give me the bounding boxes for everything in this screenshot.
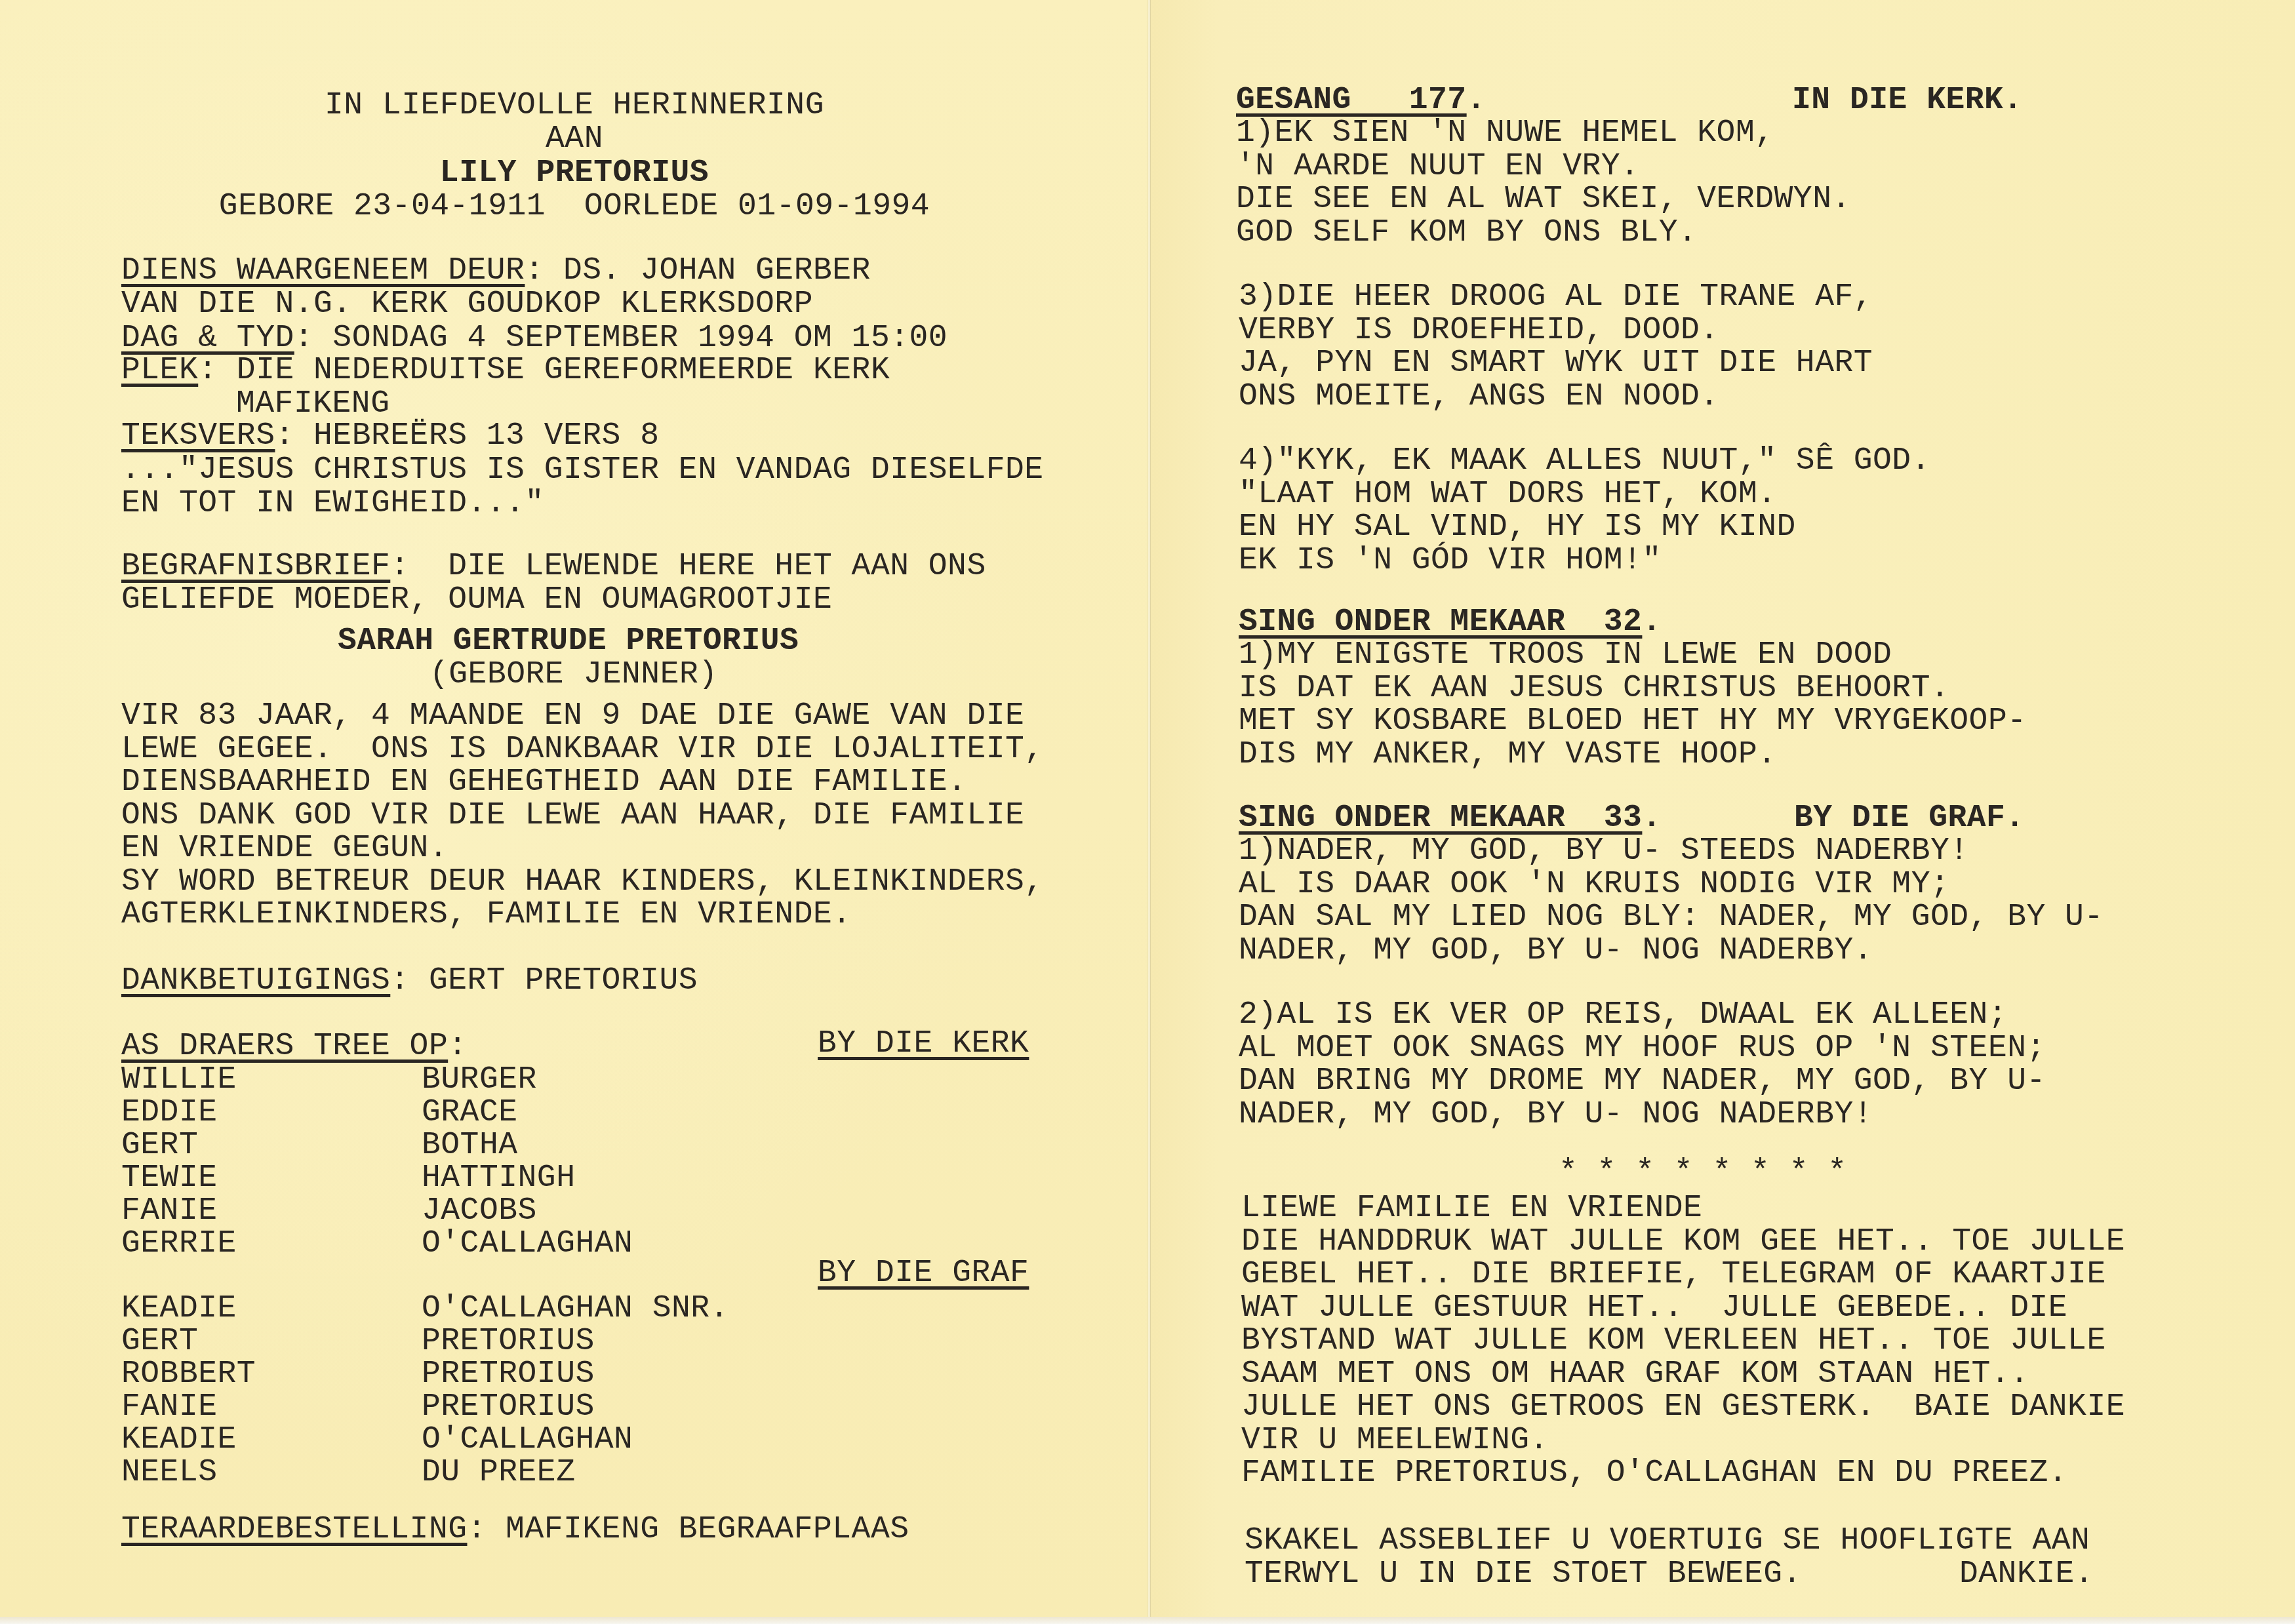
thanks-value: : GERT PRETORIUS xyxy=(390,963,698,999)
place-label: PLEK xyxy=(121,353,198,388)
pallbearers-line: AS DRAERS TREE OP: xyxy=(121,1030,468,1063)
notice-line1: SKAKEL ASSEBLIEF U VOERTUIG SE HOOFLIGTE… xyxy=(1245,1524,2090,1557)
hymn3-title: SING ONDER MEKAAR 33 xyxy=(1239,801,1642,836)
officiant-value: : DS. JOHAN GERBER xyxy=(525,253,870,288)
bearer-last-name: DU PREEZ xyxy=(422,1456,575,1489)
letter-body-line: VIR 83 JAAR, 4 MAANDE EN 9 DAE DIE GAWE … xyxy=(121,700,1024,732)
thanks-line: DANKBETUIGINGS: GERT PRETORIUS xyxy=(121,964,698,997)
bearer-last-name: PRETROIUS xyxy=(422,1358,595,1391)
bearer-first-name: KEADIE xyxy=(121,1423,237,1456)
bearer-first-name: FANIE xyxy=(121,1391,218,1423)
datetime-label: DAG & TYD xyxy=(121,321,294,356)
bearer-first-name: GERT xyxy=(121,1129,198,1162)
notice-line2: TERWYL U IN DIE STOET BEWEEG. xyxy=(1245,1558,1802,1591)
officiant-line2: VAN DIE N.G. KERK GOUDKOP KLERKSDORP xyxy=(121,288,813,321)
letter-label: BEGRAFNISBRIEF xyxy=(121,549,390,584)
closing-line: LIEWE FAMILIE EN VRIENDE xyxy=(1241,1192,1702,1225)
place-line: PLEK: DIE NEDERDUITSE GEREFORMEERDE KERK xyxy=(121,354,890,387)
letter-value: : DIE LEWENDE HERE HET AAN ONS xyxy=(390,549,986,584)
hymn2-heading: SING ONDER MEKAAR 32. xyxy=(1239,606,1662,639)
hymn-line: DAN SAL MY LIED NOG BLY: NADER, MY GOD, … xyxy=(1239,901,2104,934)
hymn-line: AL IS DAAR OOK 'N KRUIS NODIG VIR MY; xyxy=(1239,868,1949,901)
bearer-first-name: ROBBERT xyxy=(121,1358,256,1391)
bearer-first-name: NEELS xyxy=(121,1456,218,1489)
hymn-line: EN HY SAL VIND, HY IS MY KIND xyxy=(1239,511,1796,544)
letter-body-line: SY WORD BETREUR DEUR HAAR KINDERS, KLEIN… xyxy=(121,865,1044,898)
hymn-line: 1)EK SIEN 'N NUWE HEMEL KOM, xyxy=(1236,117,1774,149)
bearer-last-name: O'CALLAGHAN xyxy=(422,1227,633,1260)
burial-label: TERAARDEBESTELLING xyxy=(121,1512,467,1547)
hymn-line: "LAAT HOM WAT DORS HET, KOM. xyxy=(1239,478,1777,511)
hymn-line: JA, PYN EN SMART WYK UIT DIE HART xyxy=(1239,347,1873,380)
closing-line: DIE HANDDRUK WAT JULLE KOM GEE HET.. TOE… xyxy=(1241,1225,2125,1258)
bearer-first-name: WILLIE xyxy=(121,1063,237,1096)
letter-line: BEGRAFNISBRIEF: DIE LEWENDE HERE HET AAN… xyxy=(121,550,986,583)
hymn-line: 1)MY ENIGSTE TROOS IN LEWE EN DOOD xyxy=(1239,639,1892,671)
heading-line1: IN LIEFDEVOLLE HERINNERING xyxy=(0,89,1149,122)
hymn1-location: IN DIE KERK. xyxy=(1792,84,2023,117)
page-fold xyxy=(1147,0,1151,1619)
hymn1-title: GESANG 177 xyxy=(1236,83,1467,118)
asterisk-divider: * * * * * * * * xyxy=(1559,1156,1847,1189)
closing-line: BYSTAND WAT JULLE KOM VERLEEN HET.. TOE … xyxy=(1241,1324,2106,1357)
letter-body-line: LEWE GEGEE. ONS IS DANKBAAR VIR DIE LOJA… xyxy=(121,733,1044,766)
hymn-line: 3)DIE HEER DROOG AL DIE TRANE AF, xyxy=(1239,281,1873,313)
hymn-line: MET SY KOSBARE BLOED HET HY MY VRYGEKOOP… xyxy=(1239,705,2027,738)
hymn-line: 'N AARDE NUUT EN VRY. xyxy=(1236,150,1639,183)
hymn-line: DIE SEE EN AL WAT SKEI, VERDWYN. xyxy=(1236,183,1851,216)
bearer-last-name: BOTHA xyxy=(422,1129,518,1162)
closing-line: GEBEL HET.. DIE BRIEFIE, TELEGRAM OF KAA… xyxy=(1241,1258,2106,1291)
bearer-last-name: PRETORIUS xyxy=(422,1325,595,1358)
bearer-last-name: JACOBS xyxy=(422,1195,537,1227)
quote-line1: ..."JESUS CHRISTUS IS GISTER EN VANDAG D… xyxy=(121,454,1044,486)
text-verse-line: TEKSVERS: HEBREËRS 13 VERS 8 xyxy=(121,420,660,452)
hymn-line: 1)NADER, MY GOD, BY U- STEEDS NADERBY! xyxy=(1239,835,1969,867)
hymn1-title-suffix: . xyxy=(1467,83,1486,118)
hymn-line: NADER, MY GOD, BY U- NOG NADERBY! xyxy=(1239,1098,1873,1131)
closing-line: JULLE HET ONS GETROOS EN GESTERK. BAIE D… xyxy=(1241,1391,2125,1423)
bearer-last-name: O'CALLAGHAN xyxy=(422,1423,633,1456)
bearer-first-name: GERRIE xyxy=(121,1227,237,1260)
pallbearers-label: AS DRAERS TREE OP xyxy=(121,1029,448,1064)
hymn-line: EK IS 'N GÓD VIR HOM!" xyxy=(1239,544,1662,577)
letter-line2: GELIEFDE MOEDER, OUMA EN OUMAGROOTJIE xyxy=(121,584,832,616)
bearer-first-name: KEADIE xyxy=(121,1292,237,1325)
bearer-last-name: HATTINGH xyxy=(422,1162,575,1195)
grave-bearers-label: BY DIE GRAF xyxy=(818,1257,1029,1290)
bearer-first-name: EDDIE xyxy=(121,1096,218,1129)
burial-value: : MAFIKENG BEGRAAFPLAAS xyxy=(467,1512,909,1547)
hymn-line: GOD SELF KOM BY ONS BLY. xyxy=(1236,216,1697,249)
pallbearers-label-suffix: : xyxy=(448,1029,467,1064)
hymn2-title: SING ONDER MEKAAR 32 xyxy=(1239,604,1642,640)
closing-line: FAMILIE PRETORIUS, O'CALLAGHAN EN DU PRE… xyxy=(1241,1457,2067,1490)
bearer-last-name: BURGER xyxy=(422,1063,537,1096)
hymn-line: 2)AL IS EK VER OP REIS, DWAAL EK ALLEEN; xyxy=(1239,999,2007,1031)
bearer-first-name: TEWIE xyxy=(121,1162,218,1195)
hymn-line: NADER, MY GOD, BY U- NOG NADERBY. xyxy=(1239,934,1873,967)
closing-line: SAAM MET ONS OM HAAR GRAF KOM STAAN HET.… xyxy=(1241,1358,2029,1391)
mother-name: SARAH GERTRUDE PRETORIUS xyxy=(338,625,799,658)
deceased-name: LILY PRETORIUS xyxy=(0,157,1149,189)
hymn-line: VERBY IS DROEFHEID, DOOD. xyxy=(1239,314,1719,347)
datetime-value: : SONDAG 4 SEPTEMBER 1994 OM 15:00 xyxy=(294,321,948,356)
hymn1-heading: GESANG 177. xyxy=(1236,84,1486,117)
letter-body-line: EN VRIENDE GEGUN. xyxy=(121,832,448,865)
hymn-line: DAN BRING MY DROME MY NADER, MY GOD, BY … xyxy=(1239,1065,2046,1098)
bearer-last-name: GRACE xyxy=(422,1096,518,1129)
thanks-label: DANKBETUIGINGS xyxy=(121,963,390,999)
paper-bottom-edge xyxy=(0,1617,2295,1624)
hymn3-location: BY DIE GRAF. xyxy=(1794,802,2025,835)
church-bearers-label: BY DIE KERK xyxy=(818,1027,1029,1060)
text-verse-label: TEKSVERS xyxy=(121,418,275,454)
bearer-first-name: FANIE xyxy=(121,1195,218,1227)
heading-line2: AAN xyxy=(0,123,1149,155)
hymn2-title-suffix: . xyxy=(1642,604,1661,640)
officiant-label: DIENS WAARGENEEM DEUR xyxy=(121,253,525,288)
hymn-line: AL MOET OOK SNAGS MY HOOF RUS OP 'N STEE… xyxy=(1239,1032,2046,1065)
quote-line2: EN TOT IN EWIGHEID..." xyxy=(121,487,544,520)
hymn-line: IS DAT EK AAN JESUS CHRISTUS BEHOORT. xyxy=(1239,672,1949,705)
bearer-last-name: PRETORIUS xyxy=(422,1391,595,1423)
bearer-last-name: O'CALLAGHAN SNR. xyxy=(422,1292,729,1325)
burial-line: TERAARDEBESTELLING: MAFIKENG BEGRAAFPLAA… xyxy=(121,1513,909,1546)
letter-body-line: DIENSBAARHEID EN GEHEGTHEID AAN DIE FAMI… xyxy=(121,766,967,799)
place-line2: MAFIKENG xyxy=(236,387,389,420)
closing-line: VIR U MEELEWING. xyxy=(1241,1424,1549,1457)
datetime-line: DAG & TYD: SONDAG 4 SEPTEMBER 1994 OM 15… xyxy=(121,322,948,355)
hymn-line: ONS MOEITE, ANGS EN NOOD. xyxy=(1239,380,1719,413)
bearer-first-name: GERT xyxy=(121,1325,198,1358)
letter-body-line: AGTERKLEINKINDERS, FAMILIE EN VRIENDE. xyxy=(121,898,852,931)
hymn3-heading: SING ONDER MEKAAR 33. xyxy=(1239,802,1662,835)
birth-death-dates: GEBORE 23-04-1911 OORLEDE 01-09-1994 xyxy=(0,190,1149,223)
hymn3-title-suffix: . xyxy=(1642,801,1661,836)
text-verse-value: : HEBREËRS 13 VERS 8 xyxy=(275,418,659,454)
letter-body-line: ONS DANK GOD VIR DIE LEWE AAN HAAR, DIE … xyxy=(121,799,1024,832)
place-value: : DIE NEDERDUITSE GEREFORMEERDE KERK xyxy=(198,353,890,388)
hymn-line: DIS MY ANKER, MY VASTE HOOP. xyxy=(1239,738,1777,771)
officiant-line: DIENS WAARGENEEM DEUR: DS. JOHAN GERBER xyxy=(121,254,871,287)
maiden-name: (GEBORE JENNER) xyxy=(429,658,718,691)
notice-thanks: DANKIE. xyxy=(1959,1558,2094,1591)
closing-line: WAT JULLE GESTUUR HET.. JULLE GEBEDE.. D… xyxy=(1241,1292,2067,1324)
hymn-line: 4)"KYK, EK MAAK ALLES NUUT," SÊ GOD. xyxy=(1239,445,1930,477)
